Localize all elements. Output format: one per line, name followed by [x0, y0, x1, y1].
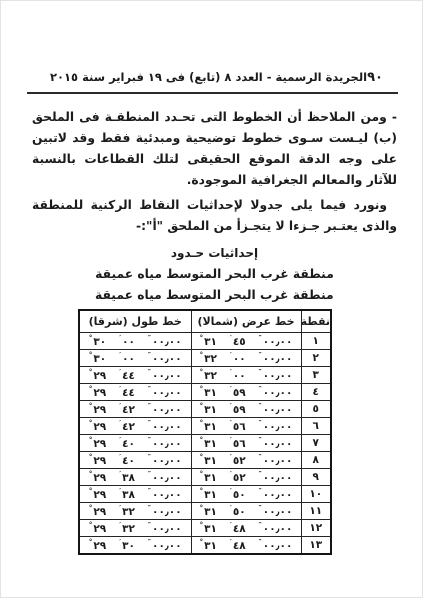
second-mark: ″ [259, 521, 262, 529]
table-row: ١٠°٣١′٥٠″٠٠٫٠٠°٢٩′٣٨″٠٠٫٠٠ [79, 486, 331, 503]
degree-group: °٢٩ [89, 538, 106, 552]
table-header-row: نقطة خط عرض (شمالا) خط طول (شرقا) [79, 310, 331, 333]
degree-group: °٢٩ [89, 436, 106, 450]
minute-mark: ′ [230, 385, 232, 393]
second-mark: ″ [148, 487, 151, 495]
degree-group: °٢٩ [89, 453, 106, 467]
latitude-cell: °٣١′٥٠″٠٠٫٠٠ [191, 503, 301, 520]
longitude-cell: °٢٩′٤٤″٠٠٫٠٠ [79, 367, 191, 384]
minute-mark: ′ [119, 521, 121, 529]
second-group: ″٠٠٫٠٠ [259, 453, 293, 467]
degree-mark: ° [89, 538, 93, 546]
second-mark: ″ [148, 521, 151, 529]
longitude-cell: °٢٩′٣٢″٠٠٫٠٠ [79, 503, 191, 520]
intro-paragraph-2: ونورد فيما يلى جدولا لإحداثيات النقاط ال… [32, 195, 397, 237]
latitude-cell: °٣١′٤٥″٠٠٫٠٠ [191, 333, 301, 350]
degree-group: °٣١ [200, 402, 217, 416]
table-row: ٨°٣١′٥٢″٠٠٫٠٠°٢٩′٤٠″٠٠٫٠٠ [79, 452, 331, 469]
latitude-cell: °٣٢′٠٠″٠٠٫٠٠ [191, 350, 301, 367]
latitude-cell: °٣١′٥٢″٠٠٫٠٠ [191, 469, 301, 486]
degree-group: °٢٩ [89, 470, 106, 484]
second-group: ″٠٠٫٠٠ [259, 470, 293, 484]
minute-mark: ′ [230, 351, 232, 359]
col-header-latitude: خط عرض (شمالا) [191, 310, 301, 333]
second-group: ″٠٠٫٠٠ [259, 334, 293, 348]
minute-group: ′٥٢ [230, 453, 246, 467]
degree-group: °٣٠ [89, 334, 106, 348]
second-mark: ″ [259, 419, 262, 427]
minute-group: ′٠٠ [230, 351, 246, 365]
minute-mark: ′ [230, 504, 232, 512]
minute-mark: ′ [230, 538, 232, 546]
col-header-longitude: خط طول (شرقا) [79, 310, 191, 333]
minute-group: ′٤٤ [119, 385, 135, 399]
degree-group: °٢٩ [89, 521, 106, 535]
degree-group: °٣٠ [89, 351, 106, 365]
second-mark: ″ [148, 385, 151, 393]
minute-group: ′٥٠ [230, 487, 246, 501]
second-group: ″٠٠٫٠٠ [259, 402, 293, 416]
degree-mark: ° [89, 419, 93, 427]
minute-mark: ′ [230, 487, 232, 495]
latitude-cell: °٣١′٥٦″٠٠٫٠٠ [191, 435, 301, 452]
minute-mark: ′ [119, 334, 121, 342]
degree-group: °٣١ [200, 521, 217, 535]
second-mark: ″ [148, 351, 151, 359]
table-row: ٧°٣١′٥٦″٠٠٫٠٠°٢٩′٤٠″٠٠٫٠٠ [79, 435, 331, 452]
minute-mark: ′ [119, 453, 121, 461]
point-cell: ١٠ [301, 486, 331, 503]
minute-group: ′٥٦ [230, 419, 246, 433]
table-row: ٤°٣١′٥٩″٠٠٫٠٠°٢٩′٤٤″٠٠٫٠٠ [79, 384, 331, 401]
minute-mark: ′ [119, 385, 121, 393]
second-group: ″٠٠٫٠٠ [148, 504, 182, 518]
degree-group: °٣١ [200, 453, 217, 467]
longitude-cell: °٢٩′٣٠″٠٠٫٠٠ [79, 537, 191, 555]
second-mark: ″ [259, 538, 262, 546]
point-cell: ١٣ [301, 537, 331, 555]
degree-mark: ° [200, 470, 204, 478]
second-group: ″٠٠٫٠٠ [259, 487, 293, 501]
degree-group: °٣١ [200, 385, 217, 399]
table-row: ٥°٣١′٥٩″٠٠٫٠٠°٢٩′٤٢″٠٠٫٠٠ [79, 401, 331, 418]
second-mark: ″ [148, 436, 151, 444]
second-mark: ″ [259, 436, 262, 444]
minute-group: ′٤٨ [230, 521, 246, 535]
point-cell: ٤ [301, 384, 331, 401]
degree-mark: ° [200, 487, 204, 495]
degree-mark: ° [89, 436, 93, 444]
minute-mark: ′ [230, 334, 232, 342]
degree-group: °٣١ [200, 419, 217, 433]
minute-mark: ′ [230, 368, 232, 376]
second-group: ″٠٠٫٠٠ [259, 419, 293, 433]
coordinates-table-body: ١°٣١′٤٥″٠٠٫٠٠°٣٠′٠٠″٠٠٫٠٠٢°٣٢′٠٠″٠٠٫٠٠°٣… [79, 333, 331, 555]
degree-mark: ° [200, 419, 204, 427]
second-group: ″٠٠٫٠٠ [148, 453, 182, 467]
degree-mark: ° [89, 385, 93, 393]
page-number: ٩٠ [367, 70, 383, 85]
minute-group: ′٥٦ [230, 436, 246, 450]
point-cell: ٢ [301, 350, 331, 367]
latitude-cell: °٣١′٥٦″٠٠٫٠٠ [191, 418, 301, 435]
second-group: ″٠٠٫٠٠ [148, 436, 182, 450]
second-mark: ″ [148, 453, 151, 461]
minute-group: ′٣٨ [119, 470, 135, 484]
table-row: ٢°٣٢′٠٠″٠٠٫٠٠°٣٠′٠٠″٠٠٫٠٠ [79, 350, 331, 367]
degree-mark: ° [89, 521, 93, 529]
longitude-cell: °٢٩′٤٠″٠٠٫٠٠ [79, 435, 191, 452]
longitude-cell: °٢٩′٣٨″٠٠٫٠٠ [79, 469, 191, 486]
second-group: ″٠٠٫٠٠ [148, 368, 182, 382]
gazette-title: الجريدة الرسمية - العدد ٨ (تابع) فى ١٩ ف… [50, 70, 367, 84]
point-cell: ١ [301, 333, 331, 350]
degree-mark: ° [89, 368, 93, 376]
second-mark: ″ [259, 504, 262, 512]
latitude-cell: °٣٢′٠٠″٠٠٫٠٠ [191, 367, 301, 384]
degree-mark: ° [89, 453, 93, 461]
second-group: ″٠٠٫٠٠ [259, 538, 293, 552]
minute-group: ′٥٠ [230, 504, 246, 518]
point-cell: ٣ [301, 367, 331, 384]
minute-group: ′٤٤ [119, 368, 135, 382]
minute-mark: ′ [119, 351, 121, 359]
minute-group: ′٠٠ [230, 368, 246, 382]
minute-mark: ′ [230, 436, 232, 444]
table-caption: منطقة غرب البحر المتوسط مياه عميقة [95, 288, 397, 302]
point-cell: ٩ [301, 469, 331, 486]
degree-mark: ° [200, 368, 204, 376]
minute-group: ′٤٨ [230, 538, 246, 552]
gazette-page: الجريدة الرسمية - العدد ٨ (تابع) فى ١٩ ف… [0, 0, 423, 598]
point-cell: ٧ [301, 435, 331, 452]
minute-group: ′٤٢ [119, 419, 135, 433]
longitude-cell: °٢٩′٣٢″٠٠٫٠٠ [79, 520, 191, 537]
degree-group: °٢٩ [89, 385, 106, 399]
second-mark: ″ [259, 334, 262, 342]
degree-mark: ° [200, 351, 204, 359]
table-row: ٩°٣١′٥٢″٠٠٫٠٠°٢٩′٣٨″٠٠٫٠٠ [79, 469, 331, 486]
degree-mark: ° [200, 521, 204, 529]
minute-group: ′٣٠ [119, 538, 135, 552]
latitude-cell: °٣١′٥٩″٠٠٫٠٠ [191, 401, 301, 418]
second-mark: ″ [259, 368, 262, 376]
degree-mark: ° [200, 334, 204, 342]
minute-group: ′٤٥ [230, 334, 246, 348]
second-mark: ″ [148, 419, 151, 427]
second-group: ″٠٠٫٠٠ [148, 334, 182, 348]
second-mark: ″ [259, 453, 262, 461]
minute-group: ′٠٠ [119, 334, 135, 348]
minute-mark: ′ [230, 521, 232, 529]
longitude-cell: °٣٠′٠٠″٠٠٫٠٠ [79, 350, 191, 367]
degree-mark: ° [200, 436, 204, 444]
intro-paragraph-1: - ومن الملاحظ أن الخطوط التى تحـدد المنط… [32, 107, 397, 191]
second-group: ″٠٠٫٠٠ [259, 351, 293, 365]
longitude-cell: °٢٩′٤٢″٠٠٫٠٠ [79, 418, 191, 435]
region-heading: منطقة غرب البحر المتوسط مياه عميقة [32, 267, 397, 281]
degree-group: °٣١ [200, 470, 217, 484]
latitude-cell: °٣١′٤٨″٠٠٫٠٠ [191, 537, 301, 555]
second-group: ″٠٠٫٠٠ [259, 385, 293, 399]
second-mark: ″ [148, 470, 151, 478]
longitude-cell: °٣٠′٠٠″٠٠٫٠٠ [79, 333, 191, 350]
degree-mark: ° [200, 504, 204, 512]
second-group: ″٠٠٫٠٠ [259, 436, 293, 450]
second-group: ″٠٠٫٠٠ [148, 385, 182, 399]
degree-mark: ° [200, 385, 204, 393]
second-mark: ″ [148, 402, 151, 410]
degree-group: °٣١ [200, 538, 217, 552]
degree-group: °٣٢ [200, 368, 217, 382]
degree-mark: ° [89, 334, 93, 342]
minute-mark: ′ [230, 402, 232, 410]
second-mark: ″ [259, 470, 262, 478]
second-group: ″٠٠٫٠٠ [148, 419, 182, 433]
degree-group: °٢٩ [89, 402, 106, 416]
point-cell: ٦ [301, 418, 331, 435]
table-row: ١٢°٣١′٤٨″٠٠٫٠٠°٢٩′٣٢″٠٠٫٠٠ [79, 520, 331, 537]
second-mark: ″ [259, 385, 262, 393]
latitude-cell: °٣١′٥٩″٠٠٫٠٠ [191, 384, 301, 401]
minute-group: ′٤٠ [119, 453, 135, 467]
degree-group: °٣١ [200, 334, 217, 348]
degree-group: °٢٩ [89, 504, 106, 518]
second-group: ″٠٠٫٠٠ [148, 538, 182, 552]
degree-mark: ° [89, 470, 93, 478]
minute-mark: ′ [119, 470, 121, 478]
point-cell: ١٢ [301, 520, 331, 537]
degree-mark: ° [200, 538, 204, 546]
minute-mark: ′ [230, 470, 232, 478]
coordinates-table-head: نقطة خط عرض (شمالا) خط طول (شرقا) [79, 310, 331, 333]
degree-mark: ° [89, 351, 93, 359]
minute-mark: ′ [119, 368, 121, 376]
minute-mark: ′ [230, 453, 232, 461]
point-cell: ٨ [301, 452, 331, 469]
coordinates-heading: إحداثيات حـدود [32, 246, 397, 260]
coordinates-table: نقطة خط عرض (شمالا) خط طول (شرقا) ١°٣١′٤… [78, 309, 332, 555]
table-row: ٦°٣١′٥٦″٠٠٫٠٠°٢٩′٤٢″٠٠٫٠٠ [79, 418, 331, 435]
latitude-cell: °٣١′٥٠″٠٠٫٠٠ [191, 486, 301, 503]
col-header-point: نقطة [301, 310, 331, 333]
longitude-cell: °٢٩′٤٢″٠٠٫٠٠ [79, 401, 191, 418]
minute-group: ′٤٠ [119, 436, 135, 450]
minute-group: ′٠٠ [119, 351, 135, 365]
degree-mark: ° [200, 402, 204, 410]
second-mark: ″ [148, 538, 151, 546]
longitude-cell: °٢٩′٤٤″٠٠٫٠٠ [79, 384, 191, 401]
page-header: الجريدة الرسمية - العدد ٨ (تابع) فى ١٩ ف… [0, 0, 423, 85]
minute-mark: ′ [119, 504, 121, 512]
degree-mark: ° [200, 453, 204, 461]
degree-group: °٣١ [200, 436, 217, 450]
degree-group: °٣١ [200, 487, 217, 501]
minute-group: ′٣٨ [119, 487, 135, 501]
point-cell: ١١ [301, 503, 331, 520]
minute-group: ′٤٢ [119, 402, 135, 416]
second-mark: ″ [259, 351, 262, 359]
minute-mark: ′ [230, 419, 232, 427]
second-group: ″٠٠٫٠٠ [259, 521, 293, 535]
second-group: ″٠٠٫٠٠ [148, 351, 182, 365]
degree-group: °٢٩ [89, 487, 106, 501]
table-row: ١°٣١′٤٥″٠٠٫٠٠°٣٠′٠٠″٠٠٫٠٠ [79, 333, 331, 350]
second-group: ″٠٠٫٠٠ [148, 402, 182, 416]
degree-group: °٢٩ [89, 419, 106, 433]
minute-mark: ′ [119, 487, 121, 495]
degree-mark: ° [89, 487, 93, 495]
minute-group: ′٥٩ [230, 402, 246, 416]
minute-mark: ′ [119, 402, 121, 410]
second-mark: ″ [148, 504, 151, 512]
longitude-cell: °٢٩′٣٨″٠٠٫٠٠ [79, 486, 191, 503]
table-row: ١١°٣١′٥٠″٠٠٫٠٠°٢٩′٣٢″٠٠٫٠٠ [79, 503, 331, 520]
second-mark: ″ [259, 402, 262, 410]
minute-mark: ′ [119, 419, 121, 427]
second-mark: ″ [259, 487, 262, 495]
latitude-cell: °٣١′٤٨″٠٠٫٠٠ [191, 520, 301, 537]
body-text: - ومن الملاحظ أن الخطوط التى تحـدد المنط… [0, 94, 423, 302]
table-row: ٣°٣٢′٠٠″٠٠٫٠٠°٢٩′٤٤″٠٠٫٠٠ [79, 367, 331, 384]
minute-group: ′٥٢ [230, 470, 246, 484]
second-group: ″٠٠٫٠٠ [148, 521, 182, 535]
minute-group: ′٣٢ [119, 521, 135, 535]
point-cell: ٥ [301, 401, 331, 418]
minute-group: ′٥٩ [230, 385, 246, 399]
second-group: ″٠٠٫٠٠ [259, 504, 293, 518]
degree-group: °٢٩ [89, 368, 106, 382]
second-group: ″٠٠٫٠٠ [148, 470, 182, 484]
second-group: ″٠٠٫٠٠ [259, 368, 293, 382]
longitude-cell: °٢٩′٤٠″٠٠٫٠٠ [79, 452, 191, 469]
second-group: ″٠٠٫٠٠ [148, 487, 182, 501]
minute-mark: ′ [119, 436, 121, 444]
latitude-cell: °٣١′٥٢″٠٠٫٠٠ [191, 452, 301, 469]
degree-mark: ° [89, 402, 93, 410]
second-mark: ″ [148, 368, 151, 376]
degree-mark: ° [89, 504, 93, 512]
table-row: ١٣°٣١′٤٨″٠٠٫٠٠°٢٩′٣٠″٠٠٫٠٠ [79, 537, 331, 555]
second-mark: ″ [148, 334, 151, 342]
degree-group: °٣٢ [200, 351, 217, 365]
minute-group: ′٣٢ [119, 504, 135, 518]
degree-group: °٣١ [200, 504, 217, 518]
minute-mark: ′ [119, 538, 121, 546]
